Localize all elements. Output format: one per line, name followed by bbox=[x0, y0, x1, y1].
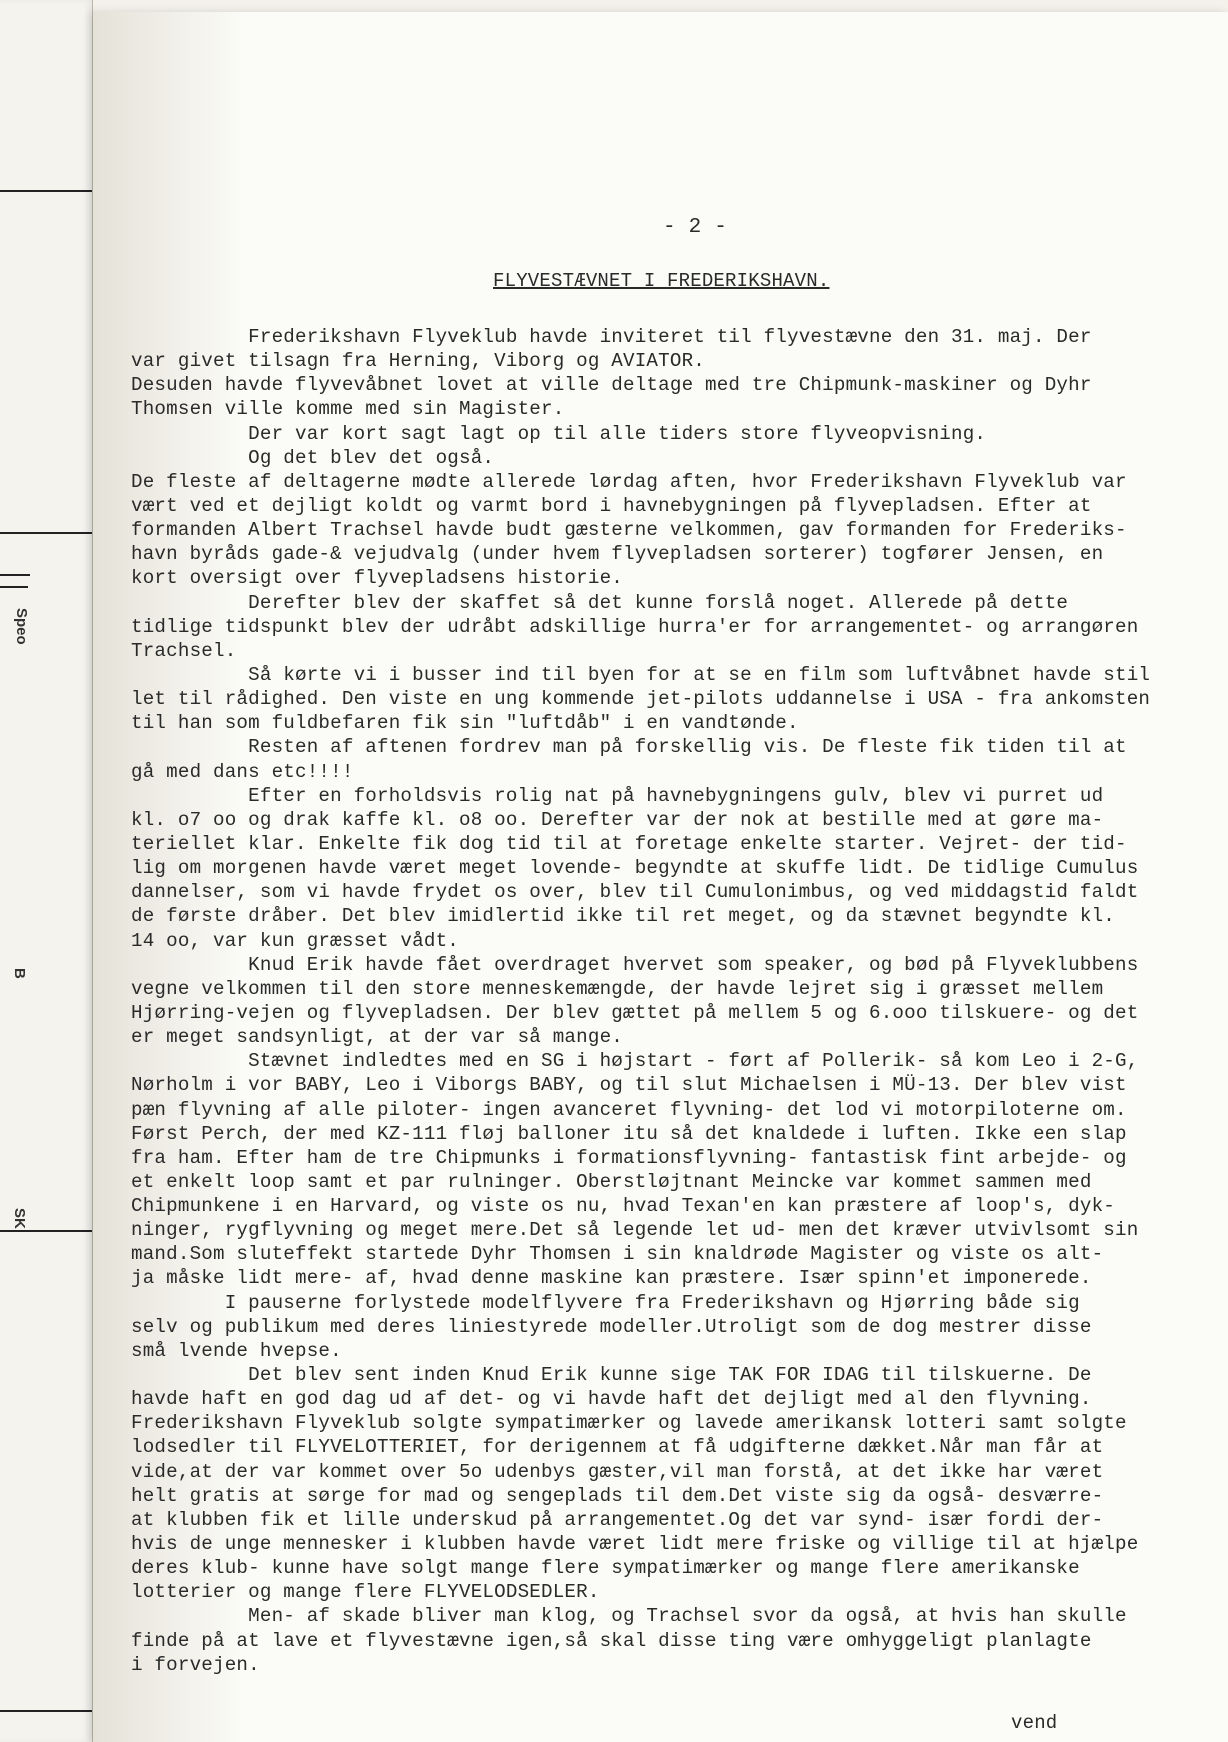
text-line: Resten af aftenen fordrev man på forskel… bbox=[131, 737, 1150, 761]
text-line: de første dråber. Det blev imidlertid ik… bbox=[131, 906, 1150, 930]
text-line: et enkelt loop samt et par rulninger. Ob… bbox=[131, 1172, 1150, 1196]
text-line: lodsedler til FLYVELOTTERIET, for derige… bbox=[131, 1437, 1150, 1461]
text-line: finde på at lave et flyvestævne igen,så … bbox=[131, 1631, 1150, 1655]
text-line: De fleste af deltagerne mødte allerede l… bbox=[131, 472, 1150, 496]
text-line: havde haft en god dag ud af det- og vi h… bbox=[131, 1389, 1150, 1413]
text-line: Desuden havde flyvevåbnet lovet at ville… bbox=[131, 375, 1150, 399]
text-line: Chipmunkene i en Harvard, og viste os nu… bbox=[131, 1196, 1150, 1220]
divider bbox=[0, 532, 92, 534]
text-line: teriellet klar. Enkelte fik dog tid til … bbox=[131, 834, 1150, 858]
text-line: Trachsel. bbox=[131, 641, 1150, 665]
text-line: vegne velkommen til den store menneskemæ… bbox=[131, 979, 1150, 1003]
text-line: pæn flyvning af alle piloter- ingen avan… bbox=[131, 1100, 1150, 1124]
text-line: kort oversigt over flyvepladsens histori… bbox=[131, 568, 1150, 592]
text-line: i forvejen. bbox=[131, 1655, 1150, 1679]
text-line: ja måske lidt mere- af, hvad denne maski… bbox=[131, 1268, 1150, 1292]
partial-text: SK bbox=[11, 1208, 28, 1229]
divider bbox=[0, 574, 30, 576]
text-line: formanden Albert Trachsel havde budt gæs… bbox=[131, 520, 1150, 544]
text-line: Hjørring-vejen og flyvepladsen. Der blev… bbox=[131, 1003, 1150, 1027]
text-line: Der var kort sagt lagt op til alle tider… bbox=[131, 424, 1150, 448]
typewritten-page: - 2 - FLYVESTÆVNET I FREDERIKSHAVN. Fred… bbox=[93, 12, 1228, 1742]
text-line: Nørholm i vor BABY, Leo i Viborgs BABY, … bbox=[131, 1075, 1150, 1099]
text-line: Frederikshavn Flyveklub solgte sympatimæ… bbox=[131, 1413, 1150, 1437]
text-line: Efter en forholdsvis rolig nat på havneb… bbox=[131, 786, 1150, 810]
text-line: mand.Som sluteffekt startede Dyhr Thomse… bbox=[131, 1244, 1150, 1268]
divider bbox=[0, 586, 28, 588]
text-line: at klubben fik et lille underskud på arr… bbox=[131, 1510, 1150, 1534]
text-line: gå med dans etc!!!! bbox=[131, 762, 1150, 786]
text-line: Thomsen ville komme med sin Magister. bbox=[131, 399, 1150, 423]
text-line: lotterier og mange flere FLYVELODSEDLER. bbox=[131, 1582, 1150, 1606]
text-line: 14 oo, var kun græsset vådt. bbox=[131, 931, 1150, 955]
text-line: vært ved et dejligt koldt og varmt bord … bbox=[131, 496, 1150, 520]
turn-over-note: vend bbox=[1011, 1712, 1057, 1734]
text-line: til han som fuldbefaren fik sin "luftdåb… bbox=[131, 713, 1150, 737]
text-line: Frederikshavn Flyveklub havde inviteret … bbox=[131, 327, 1150, 351]
partial-text: Speo bbox=[13, 608, 30, 645]
article-body: Frederikshavn Flyveklub havde inviteret … bbox=[131, 327, 1150, 1679]
text-line: Stævnet indledtes med en SG i højstart -… bbox=[131, 1051, 1150, 1075]
text-line: Så kørte vi i busser ind til byen for at… bbox=[131, 665, 1150, 689]
underlying-page-edge: Speo B SK bbox=[0, 0, 93, 1742]
article-title: FLYVESTÆVNET I FREDERIKSHAVN. bbox=[493, 270, 829, 292]
text-line: Det blev sent inden Knud Erik kunne sige… bbox=[131, 1365, 1150, 1389]
text-line: Og det blev det også. bbox=[131, 448, 1150, 472]
text-line: små lvende hvepse. bbox=[131, 1341, 1150, 1365]
text-line: deres klub- kunne have solgt mange flere… bbox=[131, 1558, 1150, 1582]
text-line: er meget sandsynligt, at der var så mang… bbox=[131, 1027, 1150, 1051]
page-number: - 2 - bbox=[663, 216, 727, 239]
divider bbox=[0, 190, 92, 192]
text-line: tidlige tidspunkt blev der udråbt adskil… bbox=[131, 617, 1150, 641]
partial-text: B bbox=[11, 968, 28, 979]
text-line: havn byråds gade-& vejudvalg (under hvem… bbox=[131, 544, 1150, 568]
text-line: vide,at der var kommet over 5o udenbys g… bbox=[131, 1462, 1150, 1486]
text-line: I pauserne forlystede modelflyvere fra F… bbox=[131, 1293, 1150, 1317]
text-line: kl. o7 oo og drak kaffe kl. o8 oo. Deref… bbox=[131, 810, 1150, 834]
text-line: helt gratis at sørge for mad og sengepla… bbox=[131, 1486, 1150, 1510]
text-line: selv og publikum med deres liniestyrede … bbox=[131, 1317, 1150, 1341]
text-line: Først Perch, der med KZ-111 fløj ballone… bbox=[131, 1124, 1150, 1148]
text-line: hvis de unge mennesker i klubben havde v… bbox=[131, 1534, 1150, 1558]
divider bbox=[0, 1710, 92, 1712]
text-line: Men- af skade bliver man klog, og Trachs… bbox=[131, 1606, 1150, 1630]
text-line: dannelser, som vi havde frydet os over, … bbox=[131, 882, 1150, 906]
divider bbox=[0, 1230, 92, 1232]
text-line: Derefter blev der skaffet så det kunne f… bbox=[131, 593, 1150, 617]
text-line: ninger, rygflyvning og meget mere.Det så… bbox=[131, 1220, 1150, 1244]
text-line: var givet tilsagn fra Herning, Viborg og… bbox=[131, 351, 1150, 375]
text-line: let til rådighed. Den viste en ung komme… bbox=[131, 689, 1150, 713]
text-line: lig om morgenen havde været meget lovend… bbox=[131, 858, 1150, 882]
text-line: Knud Erik havde fået overdraget hvervet … bbox=[131, 955, 1150, 979]
text-line: fra ham. Efter ham de tre Chipmunks i fo… bbox=[131, 1148, 1150, 1172]
